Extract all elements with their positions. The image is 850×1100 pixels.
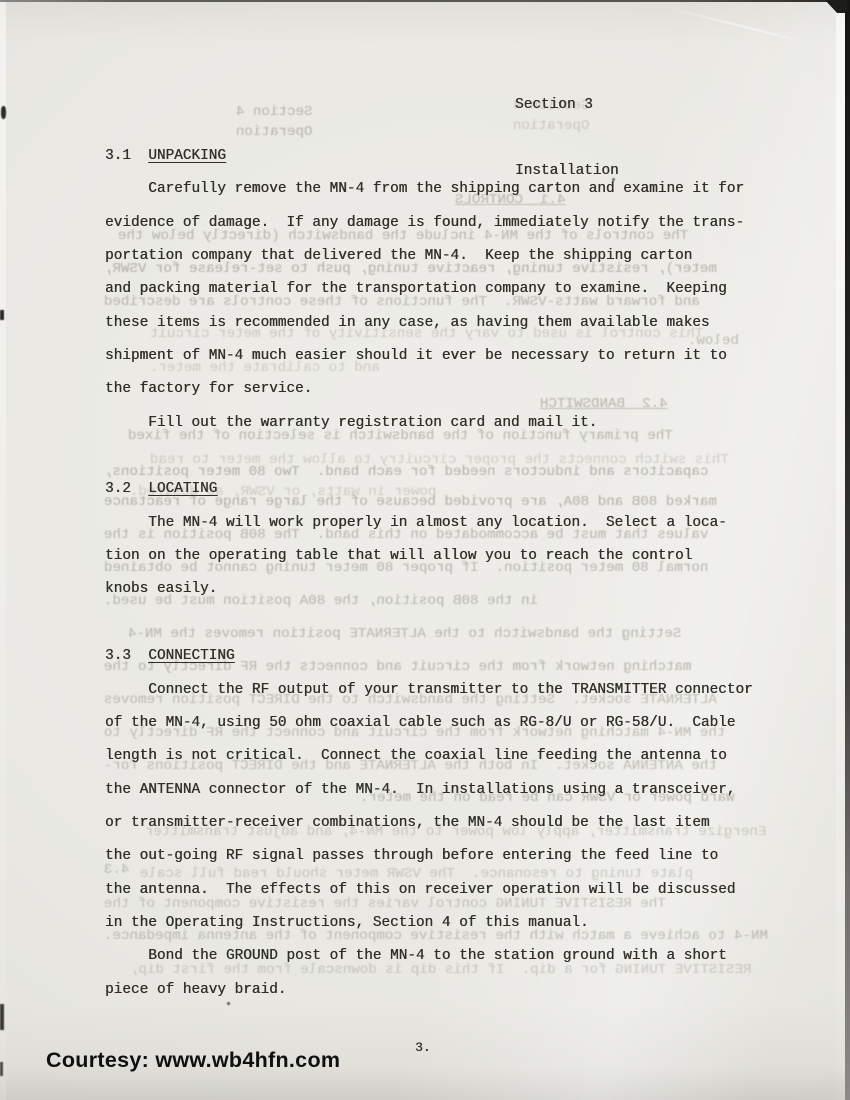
text-line: evidence of damage. If any damage is fou… <box>105 207 795 240</box>
text-line: length is not critical. Connect the coax… <box>105 740 795 773</box>
page-header-line1: Section 3 <box>515 94 619 116</box>
section-heading: 3.3 CONNECTING <box>105 640 795 673</box>
scan-edge-left <box>0 0 6 1100</box>
text-line: and packing material for the transportat… <box>105 273 795 306</box>
scan-edge-top <box>0 0 850 2</box>
scan-edge-gap <box>836 0 845 1100</box>
text-line: or transmitter-receiver combinations, th… <box>105 807 795 840</box>
text-line: shipment of MN-4 much easier should it e… <box>105 340 795 373</box>
section-title: UNPACKING <box>148 148 226 164</box>
section-number: 3.2 <box>105 481 131 497</box>
text-line: in the Operating Instructions, Section 4… <box>105 907 795 940</box>
page-number: 3. <box>415 1040 431 1055</box>
text-line <box>105 607 795 640</box>
text-line: of the MN-4, using 50 ohm coaxial cable … <box>105 707 795 740</box>
section-heading: 3.2 LOCATING <box>105 473 795 506</box>
text-line: piece of heavy braid. <box>105 974 795 1007</box>
text-line: Connect the RF output of your transmitte… <box>105 674 795 707</box>
text-line: tion on the operating table that will al… <box>105 540 795 573</box>
text-line: knobs easily. <box>105 573 795 606</box>
scan-artifact <box>1 106 6 119</box>
text-line: Carefully remove the MN-4 from the shipp… <box>105 173 795 206</box>
text-line: portation company that delivered the MN-… <box>105 240 795 273</box>
text-line: the factory for service. <box>105 373 795 406</box>
scanned-page: Section 4OperationSection 4Operation4.1 … <box>0 0 850 1100</box>
watermark: Courtesy: www.wb4hfn.com <box>46 1048 340 1073</box>
section-title: CONNECTING <box>148 648 234 664</box>
scan-artifact <box>612 178 615 181</box>
text-line: Bond the GROUND post of the MN-4 to the … <box>105 940 795 973</box>
section-heading: 3.1 UNPACKING <box>105 140 795 173</box>
scan-artifact <box>227 1002 230 1005</box>
text-line: the antenna. The effects of this on rece… <box>105 874 795 907</box>
text-line: the ANTENNA connector of the MN-4. In in… <box>105 774 795 807</box>
text-line: these items is recommended in any case, … <box>105 307 795 340</box>
section-title: LOCATING <box>148 481 217 497</box>
section-number: 3.1 <box>105 148 131 164</box>
text-line: The MN-4 will work properly in almost an… <box>105 507 795 540</box>
scan-artifact <box>0 1004 4 1030</box>
bleedthrough-line: Section 4 <box>236 104 313 120</box>
paper-crease <box>672 8 818 46</box>
scan-artifact <box>0 1062 3 1076</box>
text-line <box>105 440 795 473</box>
section-number: 3.3 <box>105 648 131 664</box>
text-line: Fill out the warranty registration card … <box>105 407 795 440</box>
scan-corner-mark <box>825 0 847 13</box>
document-body: 3.1 UNPACKING Carefully remove the MN-4 … <box>105 140 795 1007</box>
scan-artifact <box>0 310 4 320</box>
scan-edge-right <box>845 0 850 1100</box>
text-line: the out-going RF signal passes through b… <box>105 840 795 873</box>
bleedthrough-line: Operation <box>236 124 313 140</box>
